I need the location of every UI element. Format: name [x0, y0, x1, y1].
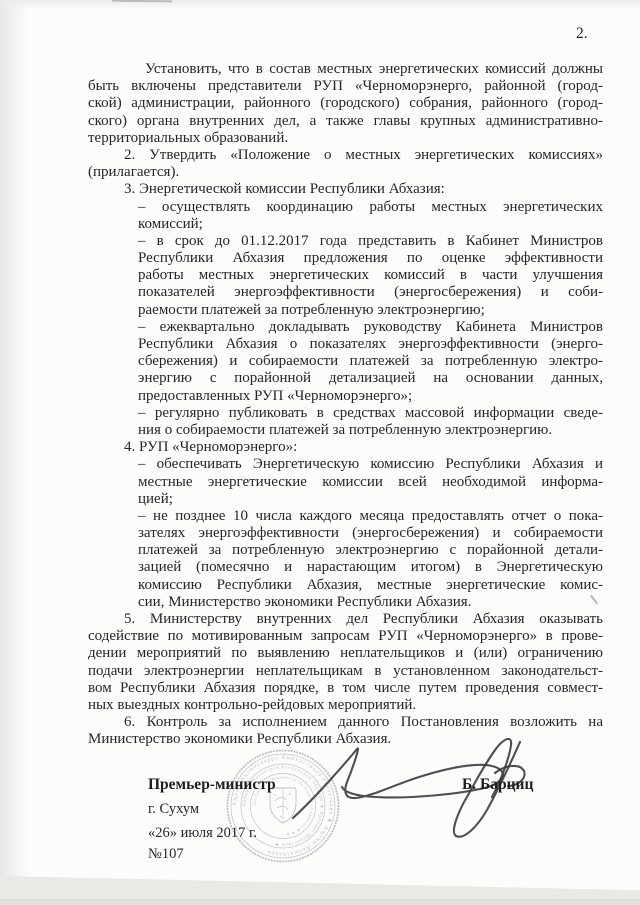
- text-line: 5. Министерству внутренних дел Республик…: [88, 611, 603, 628]
- text-line: Установить, что в состав местных энергет…: [88, 61, 603, 78]
- text-line: территориальных образований.: [88, 130, 603, 147]
- list-item: – осуществлять координацию работы местны…: [138, 199, 603, 233]
- text-line: предоставленных РУП «Черноморэнерго»;: [138, 388, 603, 405]
- text-line: – регулярно публиковать в средствах масс…: [138, 405, 603, 422]
- text-line: раемости платежей за потребленную электр…: [138, 302, 603, 319]
- paragraph: 2. Утвердить «Положение о местных энерге…: [88, 147, 603, 181]
- text-line: вом Республики Абхазия порядке, в том чи…: [88, 680, 603, 697]
- document-number: №107: [148, 846, 184, 863]
- text-line: местные энергетические комиссии всей нео…: [138, 474, 603, 491]
- text-line: содействие по мотивированным запросам РУ…: [88, 628, 603, 645]
- text-line: быть включены представители РУП «Черномо…: [88, 78, 603, 95]
- text-line: зацией (помесячно и нарастающим итогом) …: [138, 559, 603, 576]
- text-line: зателях энергоэффективности (энергосбере…: [138, 525, 603, 542]
- paragraph: 3. Энергетической комиссии Республики Аб…: [88, 181, 603, 198]
- text-line: 3. Энергетической комиссии Республики Аб…: [88, 181, 603, 198]
- signature-city: г. Сухум: [148, 801, 199, 818]
- text-line: 2. Утвердить «Положение о местных энерге…: [88, 147, 603, 164]
- text-line: Республики Абхазия о показателях энергоэ…: [138, 336, 603, 353]
- text-line: (прилагается).: [88, 164, 603, 181]
- paragraph: 4. РУП «Черноморэнерго»:: [88, 439, 603, 456]
- text-line: подачи электроэнергии неплательщикам в у…: [88, 663, 603, 680]
- scan-bottom-strip: [0, 899, 640, 905]
- document-page: 2. Установить, что в состав местных энер…: [0, 0, 640, 905]
- text-line: цией;: [138, 491, 603, 508]
- signature-date: «26» июля 2017 г.: [148, 825, 257, 842]
- text-line: платежей за потребленную электроэнергию …: [138, 542, 603, 559]
- list-item: – ежеквартально докладывать руководству …: [138, 319, 603, 405]
- paragraph: 5. Министерству внутренних дел Республик…: [88, 611, 603, 714]
- scan-top-edge: [0, 0, 640, 10]
- text-line: – в срок до 01.12.2017 года представить …: [138, 233, 603, 250]
- paragraph: Установить, что в состав местных энергет…: [88, 61, 603, 147]
- signer-title: Премьер-министр: [148, 776, 276, 794]
- page-number: 2.: [576, 25, 588, 43]
- text-line: комиссий;: [138, 216, 603, 233]
- text-line: сбережения) и собираемости платежей за п…: [138, 353, 603, 370]
- text-line: – ежеквартально докладывать руководству …: [138, 319, 603, 336]
- scan-left-edge: [0, 0, 30, 905]
- text-line: Республики Абхазия предложения по оценке…: [138, 250, 603, 267]
- text-line: – обеспечивать Энергетическую комиссию Р…: [138, 456, 603, 473]
- list-item: – регулярно публиковать в средствах масс…: [138, 405, 603, 439]
- text-line: ской) администрации, районного (городско…: [88, 95, 603, 112]
- text-line: ского) органа внутренних дел, а также гл…: [88, 113, 603, 130]
- list-item: – в срок до 01.12.2017 года представить …: [138, 233, 603, 319]
- text-line: работы местных энергетических комиссий в…: [138, 267, 603, 284]
- text-line: сии, Министерство экономики Республики А…: [138, 594, 603, 611]
- list-item: – не позднее 10 числа каждого месяца пре…: [138, 508, 603, 611]
- text-line: ных выездных контрольно-рейдовых меропри…: [88, 697, 603, 714]
- text-line: ния о собираемости платежей за потреблен…: [138, 422, 603, 439]
- text-line: 4. РУП «Черноморэнерго»:: [88, 439, 603, 456]
- text-line: дении мероприятий по выявлению неплатель…: [88, 645, 603, 662]
- text-line: комиссию Республики Абхазия, местные эне…: [138, 577, 603, 594]
- signer-name: Б. Барциц: [462, 776, 533, 794]
- text-line: энергию с порайонной детализацией на осн…: [138, 370, 603, 387]
- text-line: показателей энергоэффективности (энергос…: [138, 284, 603, 301]
- list-item: – обеспечивать Энергетическую комиссию Р…: [138, 456, 603, 508]
- text-line: – осуществлять координацию работы местны…: [138, 199, 603, 216]
- text-line: – не позднее 10 числа каждого месяца пре…: [138, 508, 603, 525]
- document-body: Установить, что в состав местных энергет…: [88, 61, 603, 749]
